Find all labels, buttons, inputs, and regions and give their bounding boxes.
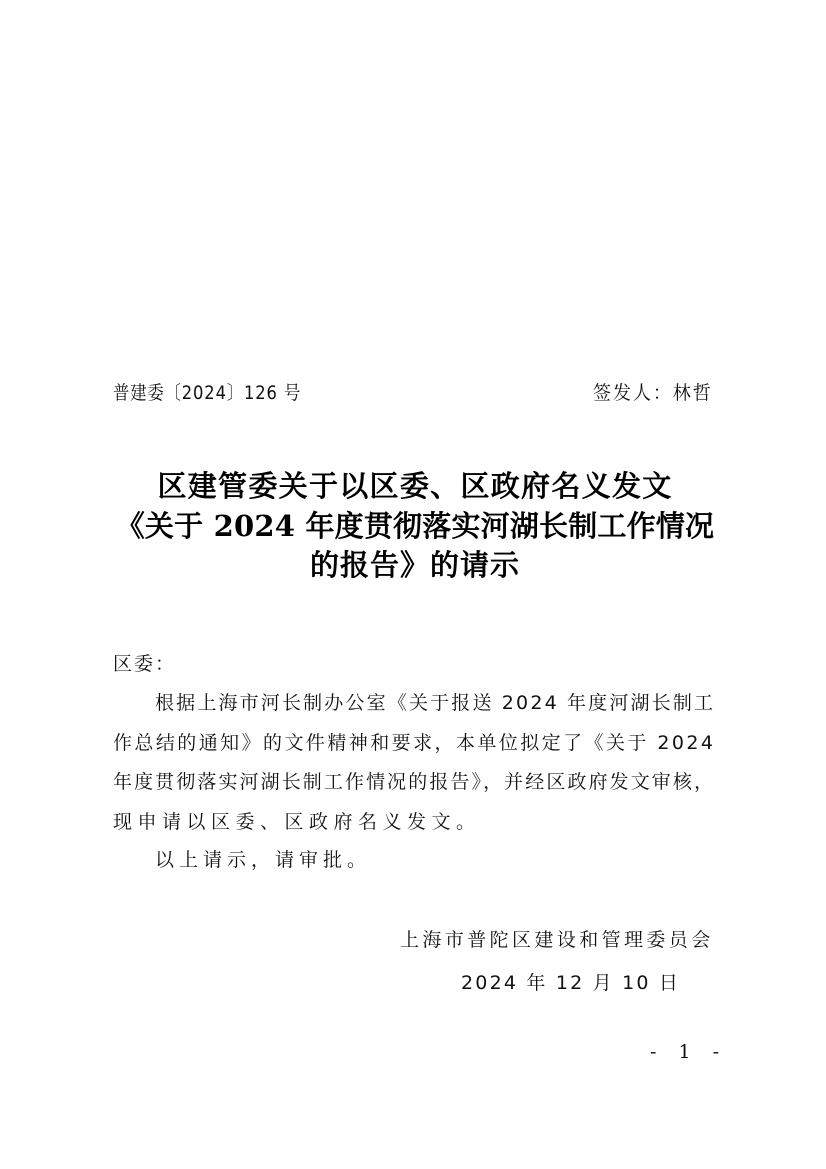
closing-remark: 以上请示，请审批。 — [155, 851, 371, 870]
paragraph-line: 现申请以区委、区政府名义发文。 — [113, 813, 481, 832]
salutation: 区委： — [113, 655, 176, 674]
signature-date: 2024 年 12 月 10 日 — [461, 974, 680, 993]
paragraph-line: 根据上海市河长制办公室《关于报送 2024 年度河湖长制工 — [155, 694, 715, 713]
document-title-line-2: 《关于 2024 年度贯彻落实河湖长制工作情况 — [0, 512, 826, 541]
signer: 签发人：林哲 — [593, 384, 713, 403]
document-page: 普建委〔2024〕126 号 签发人：林哲 区建管委关于以区委、区政府名义发文 … — [0, 0, 826, 1169]
document-title-line-1: 区建管委关于以区委、区政府名义发文 — [0, 472, 826, 501]
signature-organization: 上海市普陀区建设和管理委员会 — [400, 931, 714, 950]
page-number: - 1 - — [650, 1043, 727, 1062]
paragraph-line: 作总结的通知》的文件精神和要求，本单位拟定了《关于 2024 — [113, 734, 715, 753]
paragraph-line: 年度贯彻落实河湖长制工作情况的报告》，并经区政府发文审核， — [113, 773, 715, 792]
document-number: 普建委〔2024〕126 号 — [113, 384, 301, 403]
document-title-line-3: 的报告》的请示 — [0, 551, 826, 580]
